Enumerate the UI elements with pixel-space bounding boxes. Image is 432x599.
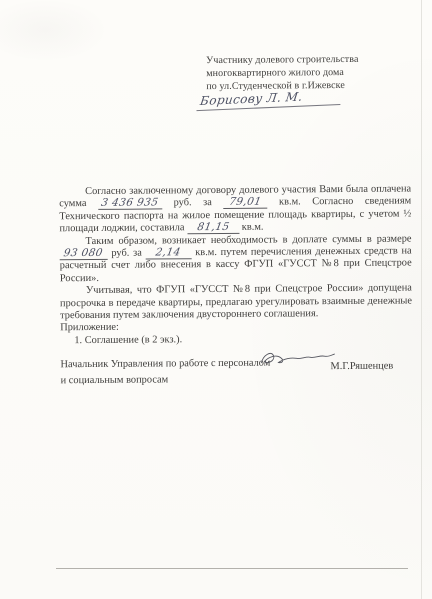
body-text-run: руб. за <box>111 248 142 259</box>
attachment-item: 1. Соглашение (в 2 экз.). <box>60 333 182 347</box>
handwritten-area-diff-blank: 2,14 <box>145 247 191 259</box>
handwritten-sum-blank: 3 436 935 <box>98 198 162 211</box>
handwritten-surcharge-blank: 93 080 <box>60 248 108 260</box>
handwritten-area-total: 81,15 <box>196 222 230 232</box>
attachment-label: Приложение: <box>60 320 182 334</box>
scanned-letter-page: Участнику долевого строительства многокв… <box>0 0 432 599</box>
body-text-run: кв.м. <box>242 222 264 233</box>
letter-body: Согласно заключенному договору долевого … <box>59 183 412 322</box>
paragraph-paid-sum: Согласно заключенному договору долевого … <box>59 183 411 235</box>
signer-role-line-2: и социальным вопросам <box>61 371 301 389</box>
handwritten-addressee-line: Борисову Л. М. <box>196 89 341 111</box>
scan-page-edge-bottom <box>56 568 408 569</box>
handwritten-addressee-text: Борисову Л. М. <box>199 91 303 108</box>
signature-scribble <box>258 347 336 370</box>
paragraph-proposal: Учитывая, что ФГУП «ГУССТ №8 при Спецстр… <box>60 283 412 323</box>
attachment-block: Приложение: 1. Соглашение (в 2 экз.). <box>60 320 182 347</box>
handwritten-area-diff: 2,14 <box>155 247 182 257</box>
handwritten-area-paid: 79,01 <box>229 197 263 207</box>
scan-page-edge-right <box>421 0 422 599</box>
body-text-run: Таким образом, возникает необходимость в… <box>85 233 411 247</box>
recipient-block: Участнику долевого строительства многокв… <box>206 52 406 111</box>
signer-name: М.Г.Ряшенцев <box>330 361 393 372</box>
letter-content: Участнику долевого строительства многокв… <box>0 0 432 599</box>
handwritten-sum: 3 436 935 <box>101 198 160 208</box>
body-text-run: руб. за <box>174 197 212 208</box>
handwritten-area-paid-blank: 79,01 <box>223 197 267 209</box>
paragraph-surcharge: Таким образом, возникает необходимость в… <box>59 233 411 285</box>
handwritten-surcharge: 93 080 <box>63 248 104 258</box>
handwritten-area-total-blank: 81,15 <box>187 222 239 234</box>
